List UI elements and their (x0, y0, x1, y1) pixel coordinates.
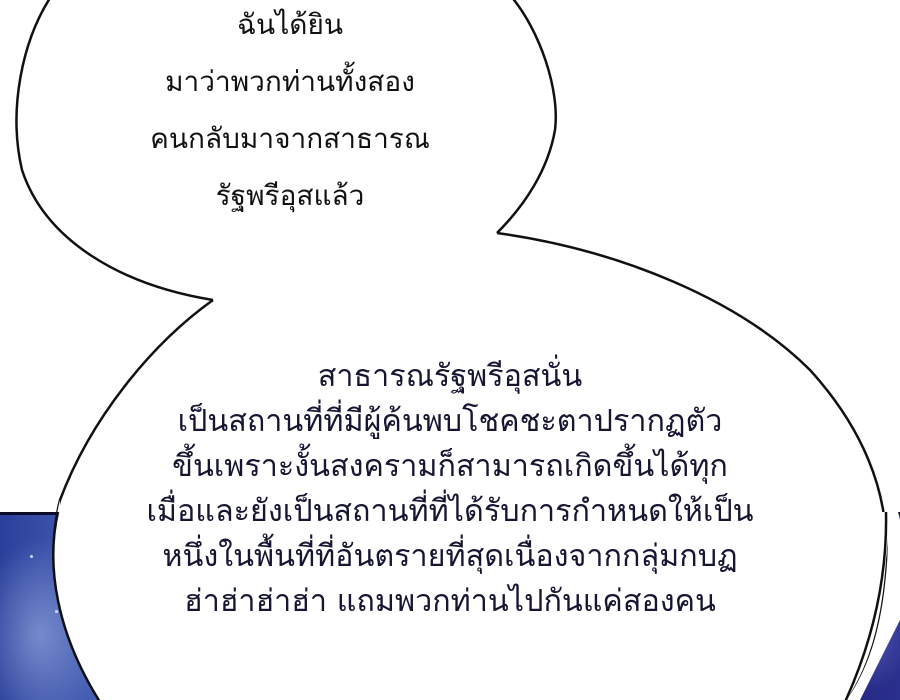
dialogue-line: ฉันได้ยิน (120, 0, 460, 53)
dialogue-line: เป็นสถานที่ที่มีผู้ค้นพบโชคชะตาปรากฏตัว (100, 399, 800, 444)
dialogue-line: ฮ่าฮ่าฮ่าฮ่า แถมพวกท่านไปกันแค่สองคน (100, 579, 800, 624)
dialogue-line: หนึ่งในพื้นที่ที่อันตรายที่สุดเนื่องจากก… (100, 534, 800, 579)
dialogue-line: รัฐพรีอุสแล้ว (120, 167, 460, 224)
comic-panel: ฉันได้ยิน มาว่าพวกท่านทั้งสอง คนกลับมาจา… (0, 0, 900, 700)
dialogue-line: สาธารณรัฐพรีอุสนั่น (100, 354, 800, 399)
dialogue-line: ขึ้นเพราะงั้นสงครามก็สามารถเกิดขึ้นได้ทุ… (100, 444, 800, 489)
speech-bubble-bottom-text: สาธารณรัฐพรีอุสนั่น เป็นสถานที่ที่มีผู้ค… (100, 354, 800, 624)
speech-bubble-top-text: ฉันได้ยิน มาว่าพวกท่านทั้งสอง คนกลับมาจา… (120, 0, 460, 224)
dialogue-line: คนกลับมาจากสาธารณ (120, 110, 460, 167)
dialogue-line: เมื่อและยังเป็นสถานที่ที่ได้รับการกำหนดใ… (100, 489, 800, 534)
dialogue-line: มาว่าพวกท่านทั้งสอง (120, 53, 460, 110)
